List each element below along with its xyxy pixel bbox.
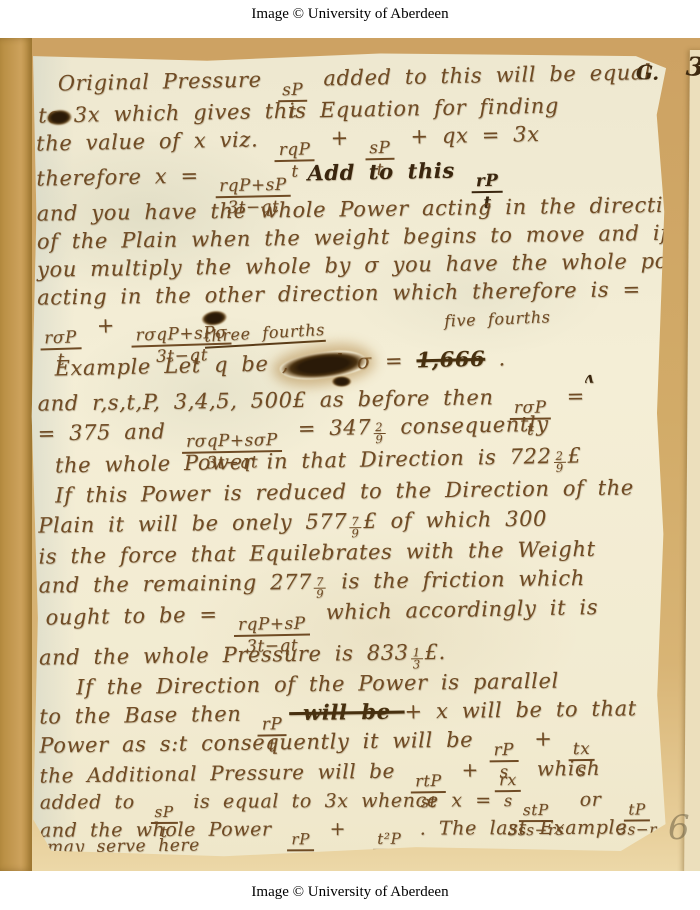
text-segment: ʌ — [585, 369, 594, 387]
pencil-mark: 6 — [668, 808, 690, 848]
text-segment: to the Base then — [39, 702, 255, 729]
text-segment: and the whole Pressure is 833 — [39, 640, 409, 669]
manuscript-line: is the force that Equilebrates with the … — [38, 539, 595, 568]
copyright-text-bottom: Image © University of Aberdeen — [0, 884, 700, 901]
text-segment: + — [448, 757, 492, 782]
fraction: 29 — [553, 451, 565, 474]
fraction: 79 — [349, 516, 361, 539]
text-segment: £ of which 300 — [363, 507, 547, 534]
torn-paper-sliver — [684, 50, 700, 871]
text-segment: + — [317, 125, 362, 150]
text-segment: added to this will be equal — [310, 60, 652, 91]
text-segment: will be — [289, 699, 405, 726]
paper: Original Pressure sPt added to this will… — [28, 50, 672, 859]
text-segment: or — [567, 789, 614, 811]
copyright-text-top: Image © University of Aberdeen — [0, 6, 700, 23]
text-segment: the Additional Pressure will be — [39, 758, 408, 787]
margin-mark: G. — [636, 60, 660, 85]
ink-blot — [332, 376, 352, 387]
text-segment: ought to be = — [45, 602, 231, 630]
text-segment: . — [485, 346, 506, 370]
text-segment: acting in the other direction which ther… — [37, 277, 641, 309]
text-segment: added to — [40, 791, 148, 814]
text-segment: + qx = 3x — [397, 122, 540, 149]
page: { "header": { "copyright": "Image © Univ… — [0, 0, 700, 910]
text-segment: you multiply the whole by σ you have the… — [37, 248, 700, 281]
text-segment: + — [317, 818, 359, 840]
fraction: rPs — [287, 832, 314, 868]
manuscript-line: ʌ — [585, 371, 594, 386]
manuscript-line: If the Direction of the Power is paralle… — [76, 671, 559, 699]
text-segment: = 347 — [284, 415, 371, 441]
text-segment: may serve here — [47, 835, 200, 857]
text-segment: + x will be to that — [404, 696, 637, 723]
manuscript-line: may serve here — [47, 837, 200, 856]
text-segment: of the Plain when the weight begins to m… — [37, 221, 669, 254]
fraction: 29 — [373, 422, 385, 445]
fraction: t²P3s²−rs — [362, 832, 417, 868]
text-segment: is equal to 3x whence x = — [181, 789, 505, 813]
backing-board-edge — [0, 38, 32, 871]
text-segment: Original Pressure — [58, 67, 276, 95]
text-segment: + — [83, 313, 128, 338]
manuscript-line: acting in the other direction which ther… — [37, 279, 641, 308]
margin-mark: 3 — [685, 52, 700, 83]
text-segment: + — [521, 726, 566, 751]
text-segment: = — [553, 384, 585, 408]
manuscript-scan: Original Pressure sPt added to this will… — [0, 38, 700, 871]
text-segment: the value of x viz. — [36, 127, 272, 156]
text-segment: £. — [424, 640, 446, 664]
text-segment: £ — [567, 443, 581, 467]
text-segment: = 375 and — [37, 419, 179, 446]
fraction: 13 — [411, 647, 423, 670]
text-segment: Power as s:t consequently it will be — [39, 727, 486, 757]
text-segment: and the remaining 277 — [38, 570, 312, 598]
manuscript-line: you multiply the whole by σ you have the… — [37, 250, 700, 280]
text-segment: . The last Example — [420, 817, 627, 840]
manuscript-line: of the Plain when the weight begins to m… — [37, 223, 669, 253]
text-segment: which accordingly it is — [312, 595, 598, 624]
text-segment: consequently — [387, 412, 549, 439]
text-segment: five fourths — [444, 307, 551, 330]
text-segment: which — [524, 756, 601, 781]
text-segment: Add to this — [293, 157, 469, 185]
text-segment: Plain it will be onely 577 — [38, 509, 347, 537]
text-segment: and r,s,t,P, 3,4,5, 500£ as before then — [37, 385, 507, 416]
text-segment: 1,666 — [416, 346, 485, 373]
manuscript-line: three fourths — [204, 322, 325, 345]
manuscript-line: five fourths — [444, 309, 551, 329]
manuscript-line: If this Power is reduced to the Directio… — [55, 477, 634, 506]
text-segment: is the friction which — [328, 566, 585, 594]
fraction: 79 — [314, 577, 326, 600]
text-segment: therefore x = — [36, 163, 212, 190]
